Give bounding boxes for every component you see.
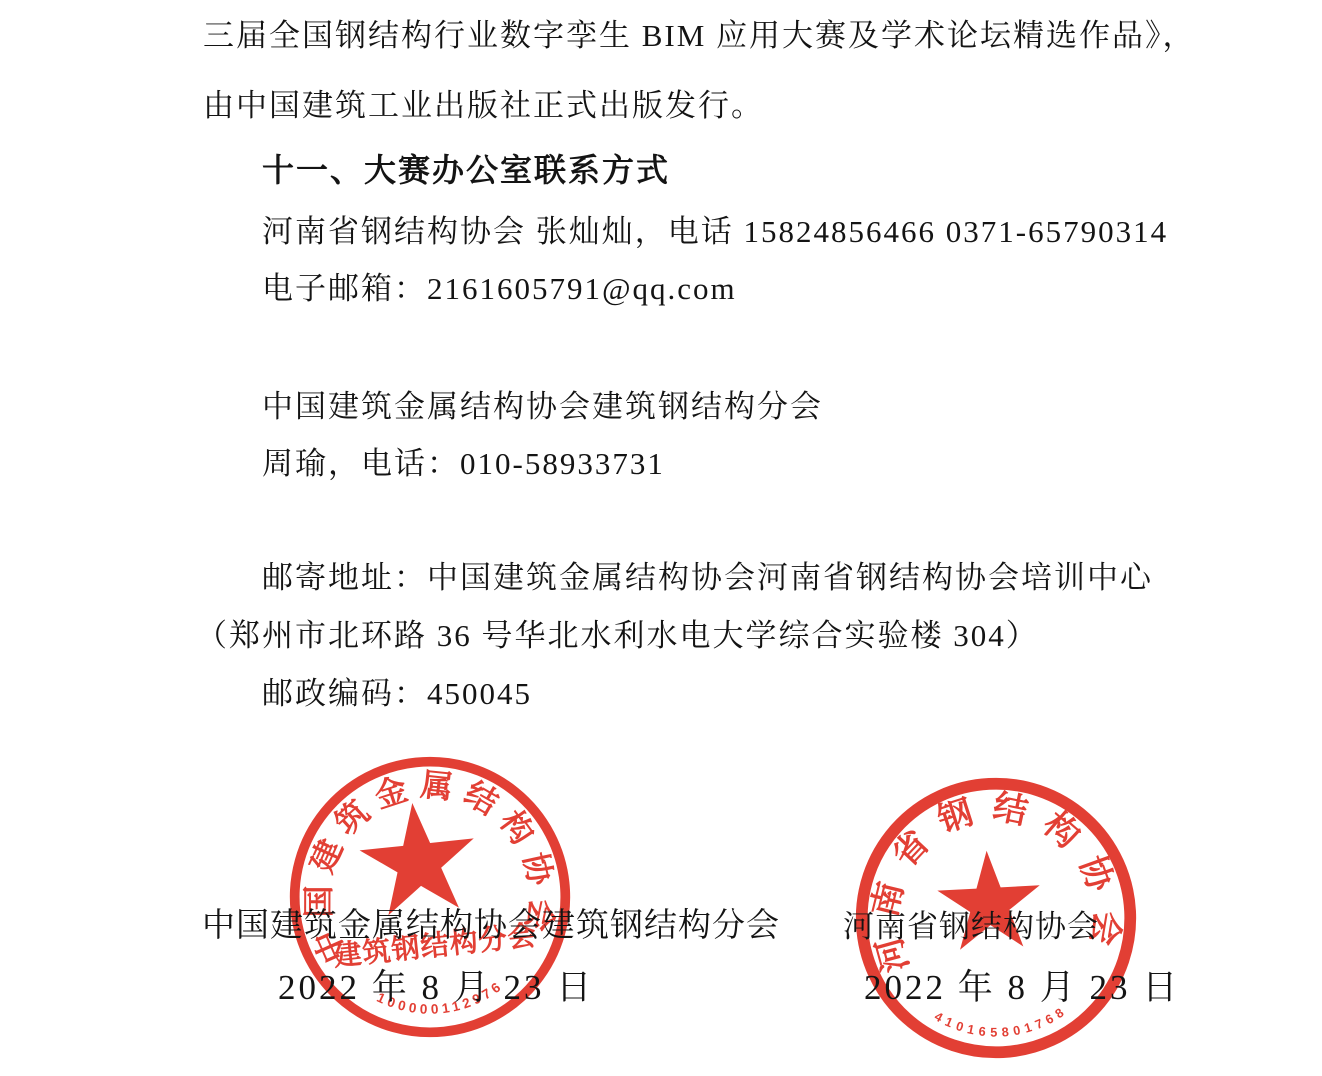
email-line: 电子邮箱：2161605791@qq.com: [262, 263, 737, 308]
contact-henan-line: 河南省钢结构协会 张灿灿，电话 15824856466 0371-6579031…: [262, 206, 1168, 251]
left-signature-date: 2022 年 8 月 23 日: [278, 960, 594, 1010]
intro-line-1: 三届全国钢结构行业数字孪生 BIM 应用大赛及学术论坛精选作品》，: [203, 10, 1196, 55]
section-heading: 十一、大赛办公室联系方式: [262, 145, 670, 191]
mailing-address-line: 邮寄地址：中国建筑金属结构协会河南省钢结构协会培训中心: [262, 552, 1153, 597]
intro-line-2: 由中国建筑工业出版社正式出版发行。: [203, 80, 764, 125]
postal-code-line: 邮政编码：450045: [262, 668, 532, 713]
right-signature-date: 2022 年 8 月 23 日: [864, 960, 1180, 1010]
left-signature-org: 中国建筑金属结构协会建筑钢结构分会: [202, 899, 780, 946]
right-signature-org: 河南省钢结构协会: [843, 901, 1099, 946]
document-page: 三届全国钢结构行业数字孪生 BIM 应用大赛及学术论坛精选作品》， 由中国建筑工…: [0, 0, 1322, 1076]
contact-cmsa-line: 周瑜，电话：010-58933731: [262, 438, 665, 483]
org-cmsa-line: 中国建筑金属结构协会建筑钢结构分会: [262, 381, 823, 426]
mailing-address-line2: （郑州市北环路 36 号华北水利水电大学综合实验楼 304）: [196, 610, 1039, 655]
